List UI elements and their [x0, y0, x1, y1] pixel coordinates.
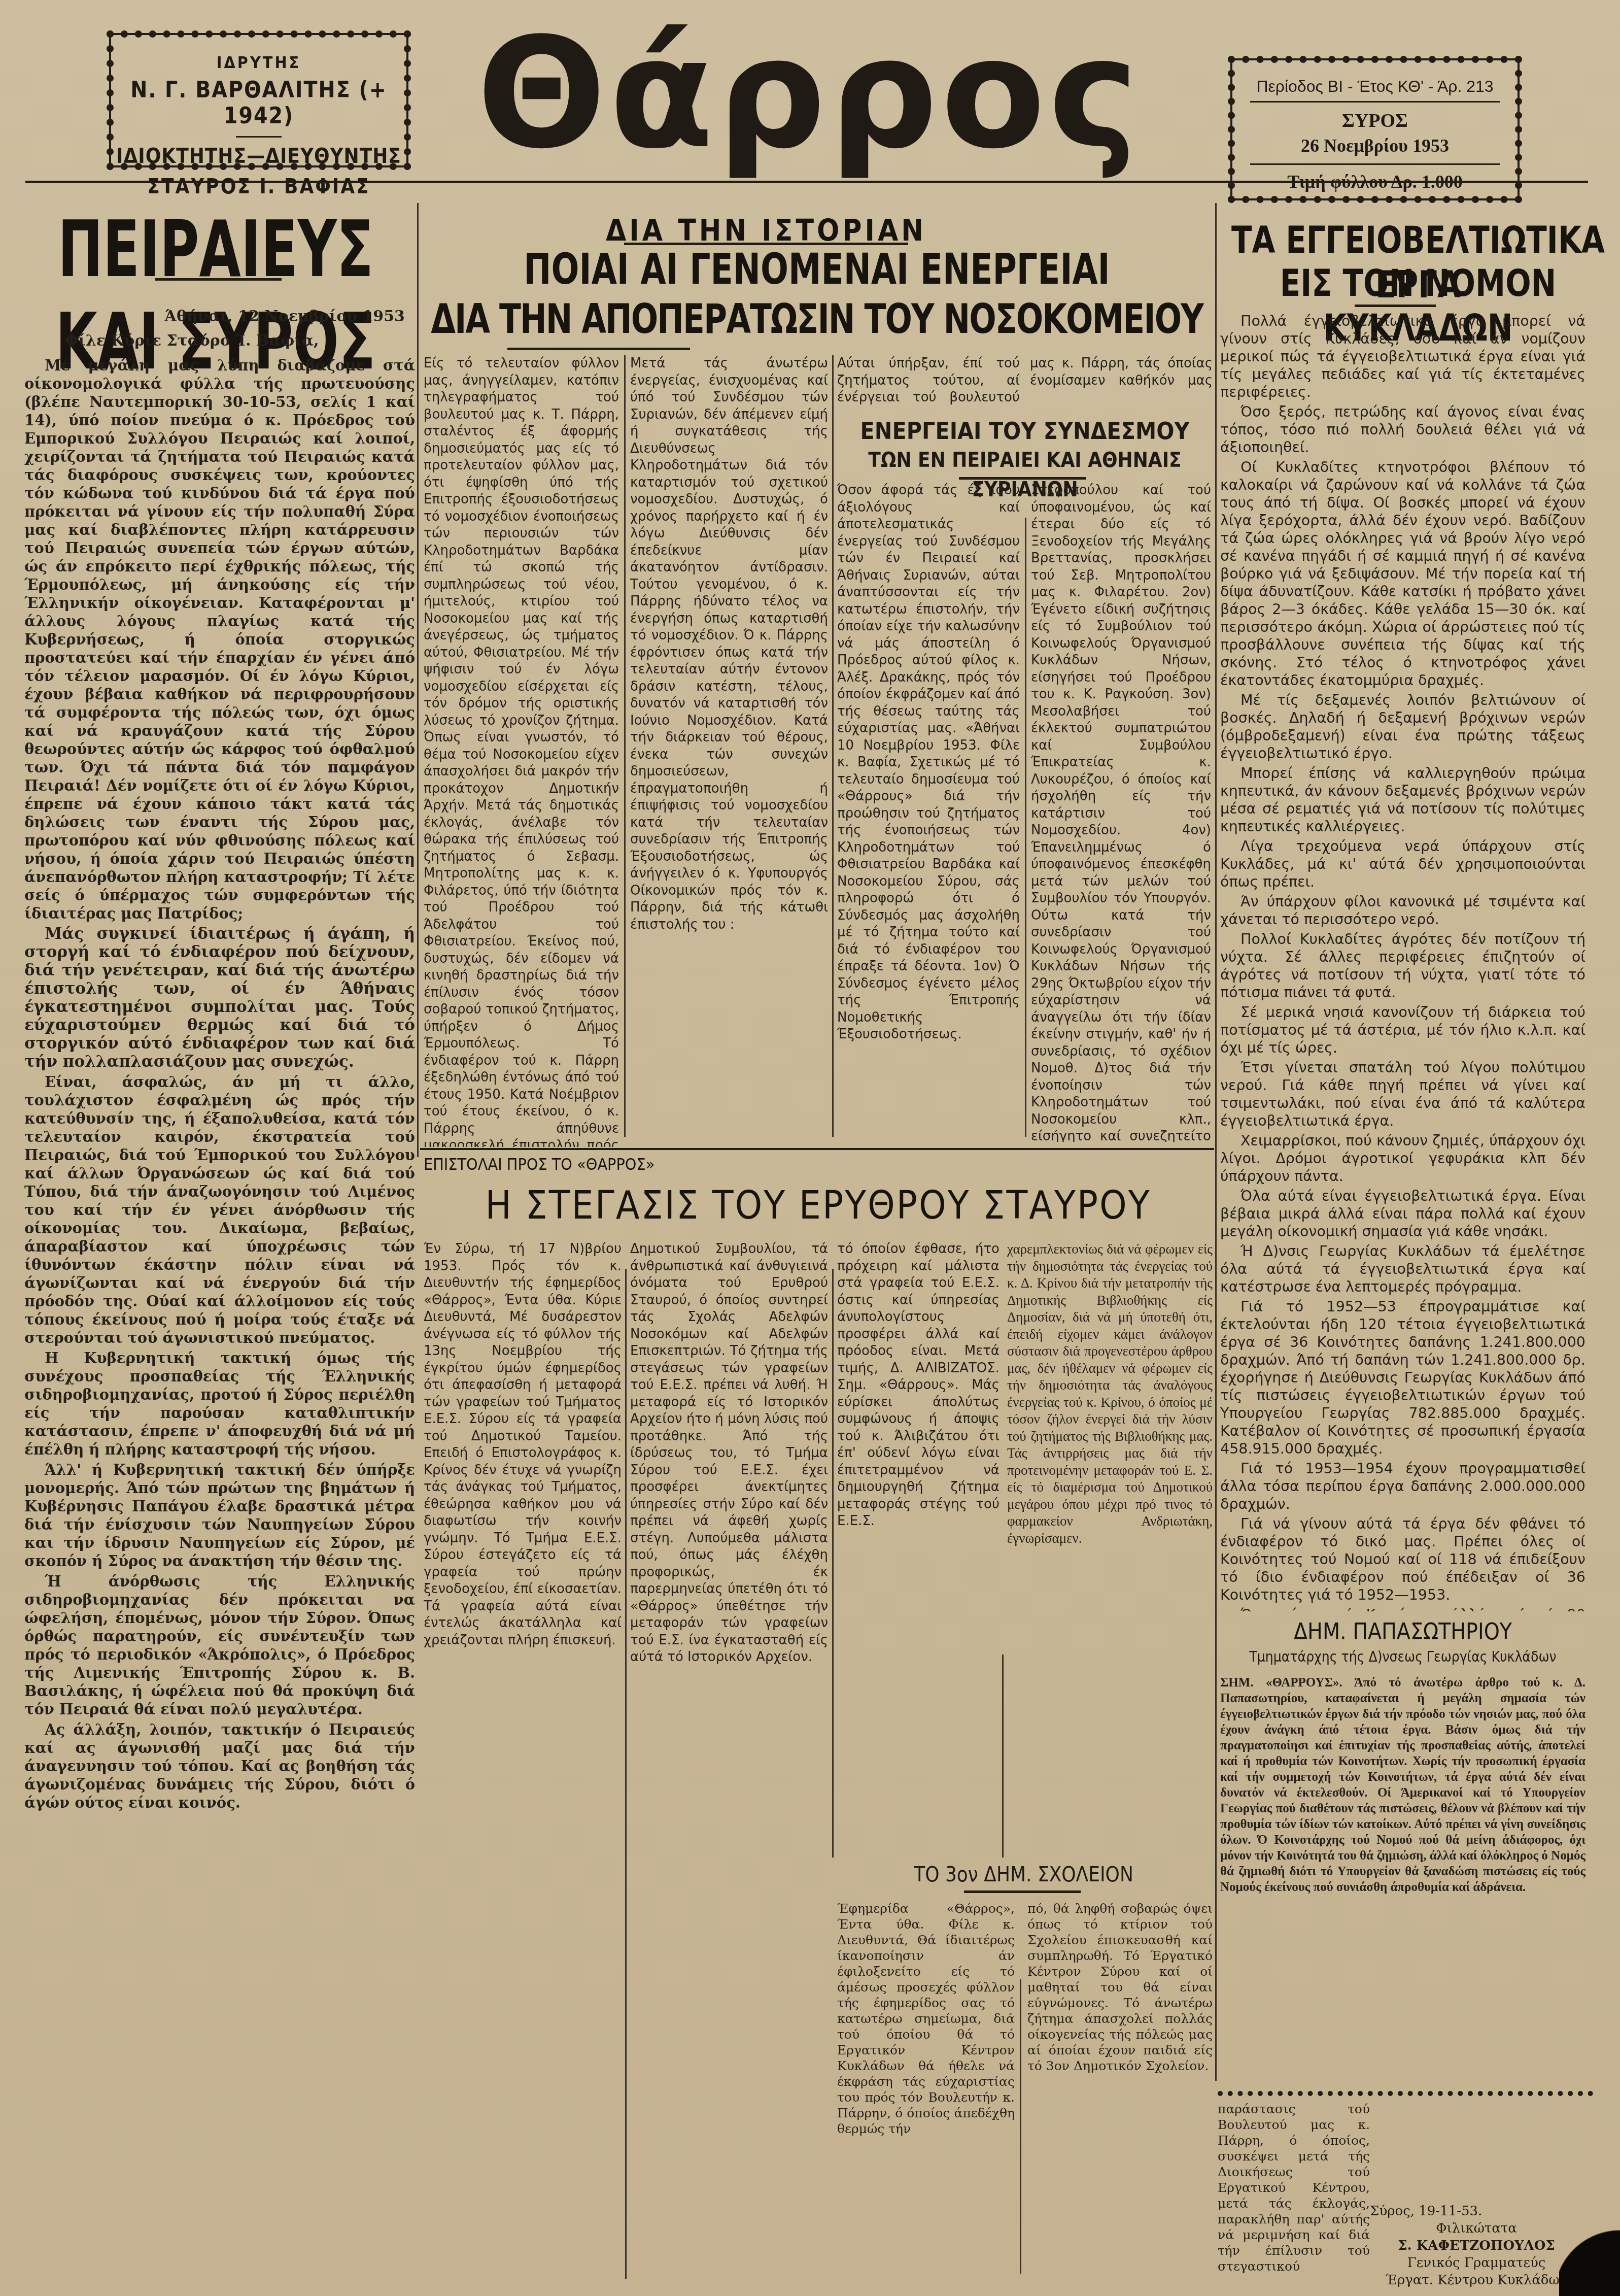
land-works-paragraph: Γιά τό 1953—1954 έχουν προγραμματισθεί ά…	[1220, 1460, 1585, 1513]
headline-rule	[959, 477, 1086, 480]
founder-name: Ν. Γ. ΒΑΡΘΑΛΙΤΗΣ (+ 1942)	[114, 77, 404, 129]
red-cross-column-1: Έν Σύρω, τή 17 Ν)βρίου 1953. Πρός τόν κ.…	[424, 1241, 622, 2276]
land-works-paragraph: Λίγα τρεχούμενα νερά ύπάρχουν στίς Κυκλά…	[1220, 837, 1585, 891]
hospital-column-1: Είς τό τελευταίον φύλλον μας, άνηγγείλαμ…	[424, 355, 619, 1147]
headline-rule	[1355, 305, 1436, 307]
land-works-body: Πολλά έγγειοβελτιωτικά έργα μπορεί νά γί…	[1220, 312, 1585, 1611]
column-divider	[832, 1269, 834, 1858]
dotted-separator	[1218, 2091, 1593, 2096]
land-works-paragraph: Όσο ξερός, πετρώδης καί άγονος είναι ένα…	[1220, 403, 1585, 456]
land-works-editor-note: ΣΗΜ. «ΘΑΡΡΟΥΣ». Άπό τό άνωτέρω άρθρο τού…	[1220, 1675, 1585, 2076]
letters-kicker: ΕΠΙΣΤΟΛΑΙ ΠΡΟΣ ΤΟ «ΘΑΡΡΟΣ»	[424, 1155, 708, 1174]
land-works-paragraph: Χειμαρρίσκοι, πού κάνουν ζημιές, ύπάρχου…	[1220, 1132, 1585, 1185]
masthead-rule	[25, 181, 1588, 183]
section-rule	[420, 1148, 1214, 1150]
land-works-signature: ΔΗΜ. ΠΑΠΑΣΩΤΗΡΙΟΥ	[1220, 1619, 1585, 1645]
column-divider	[832, 355, 834, 1137]
piraeus-paragraph: Ή άνόρθωσις τής Ελληνικής σιδηροβιομηχαν…	[24, 1572, 415, 1718]
founder-divider	[236, 136, 282, 138]
piraeus-article-body: Άθήναι, 12 Νοεμβρίου 1953 Φίλε Κύριε Στα…	[24, 305, 415, 2274]
syndesmos-text: Στεφοπούλου καί τού ύποφαινομένου, ώς κα…	[1031, 483, 1211, 1142]
hospital-column-2: Μετά τάς άνωτέρω ένεργείας, ένισχυομένας…	[630, 355, 828, 1147]
headline-rule	[964, 1890, 1081, 1893]
newspaper-page: ΙΔΡΥΤΗΣ Ν. Γ. ΒΑΡΘΑΛΙΤΗΣ (+ 1942) ΙΔΙΟΚΤ…	[0, 0, 1620, 2296]
land-works-paragraph: Ή Δ)νσις Γεωργίας Κυκλάδων τά έμελέτησε …	[1220, 1242, 1585, 1296]
school-letter-column-2: πό, θά ληφθή σοβαρώς όψει όπως τό κτίριο…	[1027, 1901, 1213, 2276]
school-closing: Φιλικώτατα	[1370, 2220, 1583, 2237]
founder-label: ΙΔΡΥΤΗΣ	[114, 53, 404, 72]
land-works-paragraph: Άν ύπάρχουν φίλοι κανονικά μέ τσιμέντα κ…	[1220, 893, 1585, 928]
piraeus-paragraph: Μάς συγκινεί ίδιαιτέρως ή άγάπη, ή στοργ…	[24, 925, 415, 1071]
hospital-headline-line1: ΠΟΙΑΙ ΑΙ ΓΕΝΟΜΕΝΑΙ ΕΝΕΡΓΕΙΑΙ	[421, 244, 1213, 295]
column-divider	[1215, 203, 1217, 2081]
land-works-paragraph: Μέ τίς δεξαμενές λοιπόν βελτιώνουν οί βο…	[1220, 691, 1585, 762]
column-divider	[1002, 1655, 1004, 1858]
hospital-headline-line2: ΔΙΑ ΤΗΝ ΑΠΟΠΕΡΑΤΩΣΙΝ ΤΟΥ ΝΟΣΟΚΟΜΕΙΟΥ	[421, 293, 1213, 345]
issue-place: ΣΥΡΟΣ	[1250, 110, 1500, 132]
column-divider	[417, 203, 419, 1157]
issue-period: Περίοδος ΒΙ - Έτος ΚΘ' - Άρ. 213	[1250, 77, 1500, 103]
piraeus-paragraph: Η Κυβερνητική τακτική όμως τής συνέχους …	[24, 1349, 415, 1459]
land-works-paragraph: Έτσι γίνεται σπατάλη τού λίγου πολύτιμου…	[1220, 1059, 1585, 1130]
red-cross-column-3: τό όποίον έφθασε, ήτο πρόχειρη καί μάλισ…	[837, 1241, 999, 1855]
piraeus-paragraph: Είναι, άσφαλώς, άν μή τι άλλο, τουλάχιστ…	[24, 1073, 415, 1347]
school-place-date: Σύρος, 19-11-53.	[1370, 2203, 1583, 2220]
syndesmos-column-2: Στεφοπούλου καί τού ύποφαινομένου, ώς κα…	[1031, 482, 1211, 1142]
school-signature-title-1: Γενικός Γραμματεύς	[1370, 2254, 1583, 2272]
land-works-paragraph: Σέ μερικά νησιά κανονίζουν τή διάρκεια τ…	[1220, 1003, 1585, 1057]
piraeus-paragraph: Άλλ' ή Κυβερνητική τακτική δέν ύπήρξε μο…	[24, 1461, 415, 1570]
land-works-paragraph: Οί Κυκλαδίτες κτηνοτρόφοι βλέπουν τό καλ…	[1220, 458, 1585, 689]
school-signoff: Σύρος, 19-11-53. Φιλικώτατα Σ. ΚΑΦΕΤΖΟΠΟ…	[1370, 2203, 1583, 2289]
page-shadow	[1559, 2194, 1620, 2296]
red-cross-column-2: Δημοτικού Συμβουλίου, τά άνθρωπιστικά κα…	[630, 1241, 828, 2276]
headline-rule	[507, 348, 690, 350]
syndesmos-intro: Αύται ύπήρξαν, έπί τού ζητήματος τούτου,…	[837, 355, 1213, 411]
land-works-paragraph: Γιά νά γίνουν αύτά τά έργα δέν φθάνει τό…	[1220, 1515, 1585, 1604]
land-works-paragraph: Γιά τό 1952—53 έπρογραμμάτισε καί έκτελο…	[1220, 1298, 1585, 1458]
school-letter-headline: ΤΟ 3ον ΔΗΜ. ΣΧΟΛΕΙΟΝ	[835, 1860, 1213, 1889]
school-letter-column-1: Έφημερίδα «Θάρρος», Έντα ύθα. Φίλε κ. Δι…	[837, 1901, 1015, 2276]
syndesmos-headline-line1: ΕΝΕΡΓΕΙΑΙ ΤΟΥ ΣΥΝΔΕΣΜΟΥ	[837, 416, 1213, 446]
column-divider	[624, 355, 626, 1137]
land-works-paragraph: Πολλά έγγειοβελτιωτικά έργα μπορεί νά γί…	[1220, 312, 1585, 401]
piraeus-dateline: Άθήναι, 12 Νοεμβρίου 1953	[24, 308, 405, 326]
owner-role: ΙΔΙΟΚΤΗΤΗΣ—ΔΙΕΥΘΥΝΤΗΣ	[114, 145, 404, 168]
land-works-paragraph: Όχι μόνον οί Κοινότες, άλλά καί οί 90 Γε…	[1220, 1606, 1585, 1611]
column-divider	[1020, 1979, 1021, 2274]
piraeus-greeting: Φίλε Κύριε Σταύρο Ί. Βαφία,	[24, 332, 415, 350]
founder-box: ΙΔΡΥΤΗΣ Ν. Γ. ΒΑΡΘΑΛΙΤΗΣ (+ 1942) ΙΔΙΟΚΤ…	[107, 30, 411, 170]
piraeus-paragraph: Μέ μεγάλη μας λύπη διαβάζομε στά οίκονομ…	[24, 356, 415, 923]
land-works-signature-title: Τμηματάρχης τής Δ)νσεως Γεωργίας Κυκλάδω…	[1220, 1648, 1585, 1665]
column-divider	[1025, 518, 1026, 1137]
school-signature: Σ. ΚΑΦΕΤΖΟΠΟΥΛΟΣ	[1370, 2237, 1583, 2254]
red-cross-headline: Η ΣΤΕΓΑΣΙΣ ΤΟΥ ΕΡΥΘΡΟΥ ΣΤΑΥΡΟΥ	[424, 1180, 1213, 1231]
headline-rule	[155, 278, 282, 281]
school-signature-title-2: Έργατ. Κέντρου Κυκλάδων	[1370, 2272, 1583, 2289]
school-fragment: παράστασις τού Βουλευτού μας κ. Πάρρη, ό…	[1218, 2101, 1370, 2274]
piraeus-paragraph: Ας άλλάξη, λοιπόν, τακτικήν ό Πειραιεύς …	[24, 1720, 415, 1812]
column-divider	[625, 1269, 627, 2279]
land-works-paragraph: Πολλοί Κυκλαδίτες άγρότες δέν ποτίζουν τ…	[1220, 930, 1585, 1001]
newspaper-title: Θάρρος	[467, 10, 1152, 178]
red-cross-column-4: χαρεμπλεκτονίως διά νά φέρωμεν είς τήν δ…	[1007, 1241, 1213, 1855]
land-works-paragraph: Μπορεί έπίσης νά καλλιεργηθούν πρώιμα κη…	[1220, 764, 1585, 835]
syndesmos-column-1: Όσον άφορά τάς έξ ίσου άξιολόγους καί άπ…	[837, 482, 1020, 1142]
owner-name: ΣΤΑΥΡΟΣ Ι. ΒΑΦΙΑΣ	[114, 175, 404, 198]
issue-date: 26 Νοεμβρίου 1953	[1250, 135, 1500, 165]
land-works-paragraph: Όλα αύτά είναι έγγειοβελτιωτικά έργα. Εί…	[1220, 1187, 1585, 1240]
